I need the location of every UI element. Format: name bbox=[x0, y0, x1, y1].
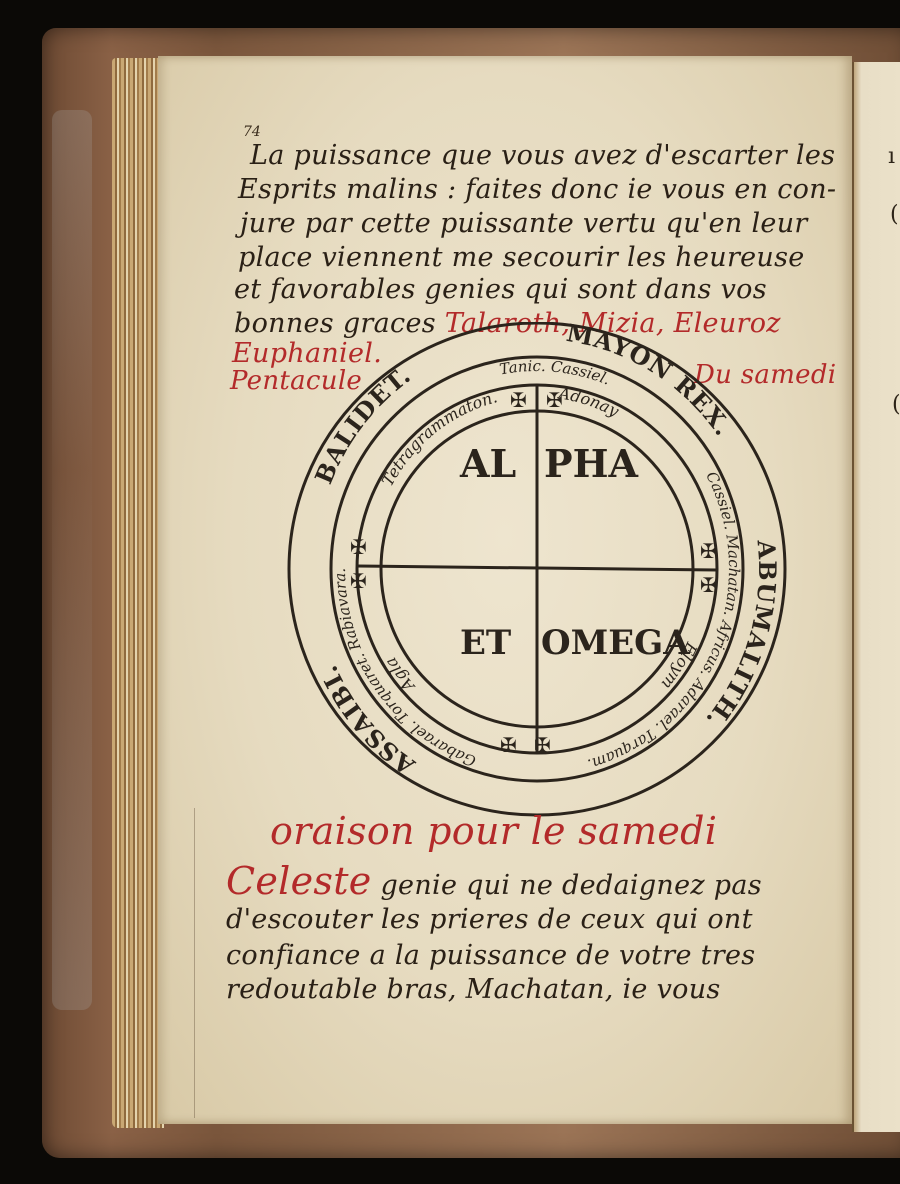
center-word: ET bbox=[460, 623, 511, 663]
cross-icon: ✠ bbox=[546, 388, 563, 412]
text-line: d'escouter les prieres de ceux qui ont bbox=[226, 906, 753, 933]
prayer-heading: oraison pour le samedi bbox=[270, 812, 717, 850]
center-word: AL bbox=[459, 441, 516, 486]
text-line: et favorables genies qui sont dans vos bbox=[234, 276, 767, 303]
text-line: confiance a la puissance de votre tres bbox=[226, 942, 755, 969]
facing-page: ı ( ( bbox=[852, 62, 900, 1132]
text-line: jure par cette puissante vertu qu'en leu… bbox=[240, 210, 808, 237]
cover-wear bbox=[52, 110, 92, 1010]
facing-page-mark: ( bbox=[890, 202, 899, 227]
text-line: La puissance que vous avez d'escarter le… bbox=[250, 142, 835, 169]
text-line: Esprits malins : faites donc ie vous en … bbox=[238, 176, 836, 203]
cross-icon: ✠ bbox=[350, 569, 367, 593]
genie-epithet: Celeste bbox=[226, 859, 372, 903]
facing-page-mark: ı bbox=[888, 144, 895, 169]
pentacle-diagram: AL PHA ET OMEGA MAYON REX. ABUMALITH. AS… bbox=[282, 322, 792, 822]
cross-icon: ✠ bbox=[350, 535, 367, 559]
cross-icon: ✠ bbox=[510, 388, 527, 412]
cross-icon: ✠ bbox=[700, 539, 717, 563]
page-edges bbox=[112, 58, 164, 1128]
text-line: redoutable bras, Machatan, ie vous bbox=[226, 976, 721, 1003]
text-black: genie qui ne dedaignez pas bbox=[380, 870, 761, 901]
folio-number: 74 bbox=[243, 124, 261, 140]
horizontal-divider bbox=[357, 566, 717, 570]
cross-icon: ✠ bbox=[534, 733, 551, 757]
cross-icon: ✠ bbox=[500, 733, 517, 757]
facing-page-mark: ( bbox=[892, 392, 900, 417]
margin-ruling bbox=[194, 808, 195, 1118]
pentacle-svg: AL PHA ET OMEGA MAYON REX. ABUMALITH. AS… bbox=[282, 322, 792, 822]
center-word: OMEGA bbox=[541, 623, 690, 663]
cross-icon: ✠ bbox=[700, 573, 717, 597]
center-word: PHA bbox=[544, 441, 638, 486]
inner-ring-text: Adonay bbox=[556, 383, 623, 421]
text-line: Celeste genie qui ne dedaignez pas bbox=[226, 862, 762, 900]
middle-ring-text: Tanic. Cassiel. bbox=[498, 357, 613, 389]
text-line: place viennent me secourir les heureuse bbox=[238, 244, 805, 271]
